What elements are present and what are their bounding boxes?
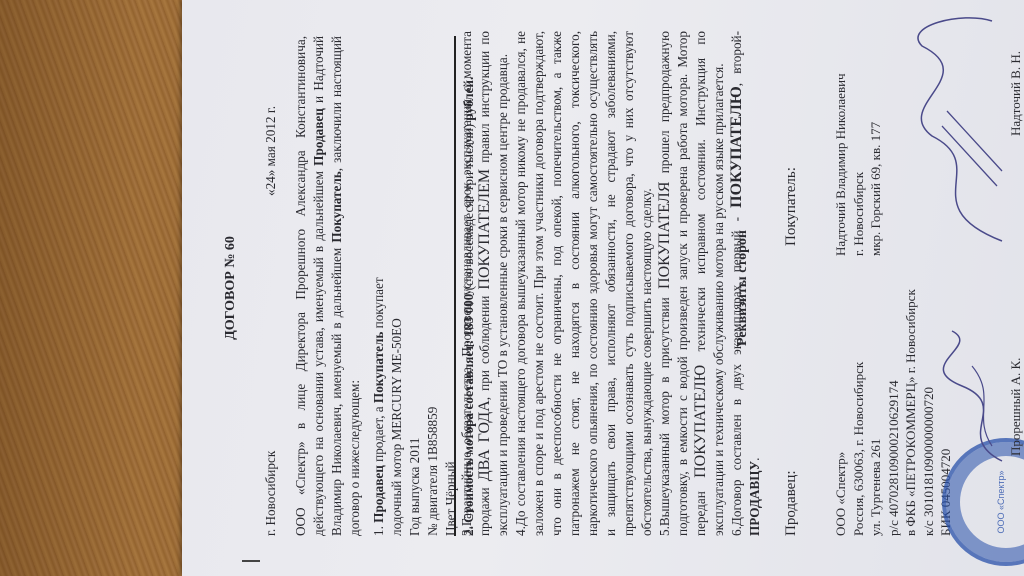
clause-text: 5.Вышеуказанный мотор в присутствии <box>657 289 672 536</box>
clause-3: 3.Гарантийные обязательства. Продавец ус… <box>458 31 512 536</box>
seller-address: Россия, 630063, г. Новосибирск <box>850 236 868 536</box>
item-1-seller: Продавец <box>371 465 386 523</box>
item-1-suffix: покупает <box>371 277 386 331</box>
seller-corr-account: к/с 30101810900000000720 <box>920 236 938 536</box>
buyer-address: мкр. Горский 69, кв. 177 <box>867 0 885 256</box>
item-1-heading: 1. Продавец продает, а Покупатель покупа… <box>370 36 388 536</box>
seller-label: Продавец: <box>782 470 800 536</box>
engine-number: № двигателя 1B858859 <box>424 36 442 536</box>
clause-emph: ПОКУПАТЕЛЕМ <box>476 169 493 290</box>
item-1-mid: продает, а <box>371 403 386 465</box>
divider-line <box>454 36 456 536</box>
requisites-title: Реквизиты сторон <box>734 0 752 576</box>
buyer-term: Покупатель <box>329 171 344 242</box>
seller-signature-scribble <box>942 326 1012 466</box>
clause-emph: ПОКУПАТЕЛЯ <box>656 182 673 289</box>
margin-mark <box>242 560 260 562</box>
motor-year: Год выпуска 2011 <box>406 36 424 536</box>
clause-emph: ПОКУПАТЕЛЮ <box>692 365 709 478</box>
buyer-city: г. Новосибирск <box>850 0 868 256</box>
item-1-number: 1. <box>371 523 386 536</box>
seller-name: ООО «Спектр» <box>832 236 850 536</box>
buyer-details: Надточий Владимир Николаевич г. Новосиби… <box>832 0 885 256</box>
buyer-name: Надточий Владимир Николаевич <box>832 0 850 256</box>
intro-paragraph: ООО «Спектр» в лице Директора Прорешного… <box>292 36 364 536</box>
seller-account: р/с 40702810900021062917​4 <box>885 236 903 536</box>
motor-model: лодочный мотор MERCURY ME-50EO <box>388 36 406 536</box>
clause-text: , при соблюдении <box>477 290 492 401</box>
seller-street: ул. Тургенева 261 <box>867 236 885 536</box>
stamp-text: ООО «Спектр» <box>992 452 1010 552</box>
contract-page: ДОГОВОР № 60 г. Новосибирск «24» мая 201… <box>182 0 1024 576</box>
item-1-buyer: Покупатель <box>371 332 386 403</box>
seller-bank: в ФКБ «ПЕТРОКОММЕРЦ» г. Новосибирск <box>902 236 920 536</box>
buyer-label: Покупатель: <box>782 167 800 246</box>
seller-details: ООО «Спектр» Россия, 630063, г. Новосиби… <box>832 236 955 536</box>
seller-term: Продавец <box>311 108 326 166</box>
clauses: 3.Гарантийные обязательства. Продавец ус… <box>458 31 764 536</box>
document-date: «24» мая 2012 г. <box>262 106 280 196</box>
clause-emph: ДВА ГОДА <box>476 400 493 481</box>
clause-4: 4.До составления настоящего договора выш… <box>512 31 656 536</box>
wooden-table-background <box>0 0 200 576</box>
document-city: г. Новосибирск <box>262 451 280 536</box>
buyer-signature-name: Надточий В. Н. <box>1007 51 1024 136</box>
document-title: ДОГОВОР № 60 <box>222 0 240 576</box>
buyer-signature-scribble <box>902 6 1012 246</box>
seller-signature-name: Прорешный А. К. <box>1007 358 1024 456</box>
clause-5: 5.Вышеуказанный мотор в присутствии ПОКУ… <box>656 31 728 536</box>
clause-text: 4.До составления настоящего договора выш… <box>513 31 654 536</box>
